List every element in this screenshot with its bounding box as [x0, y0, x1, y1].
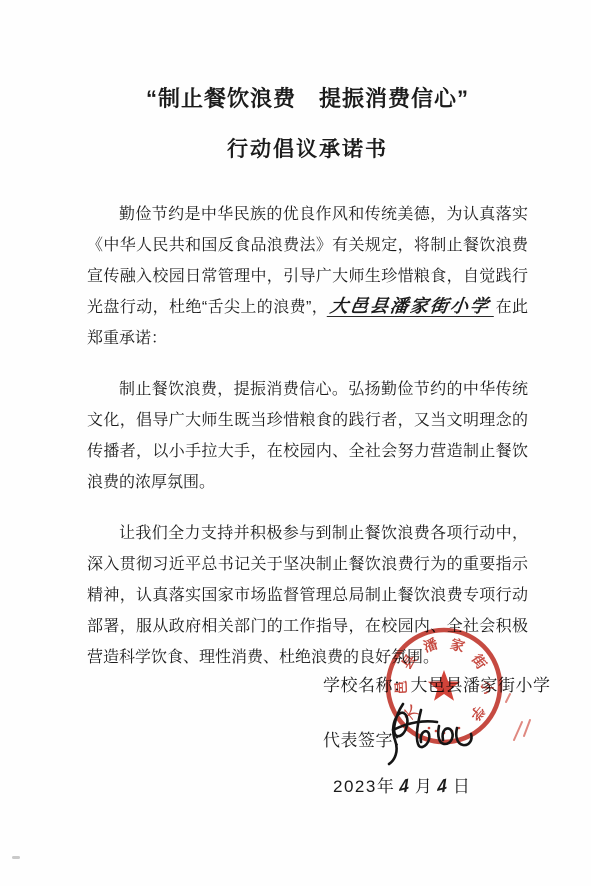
paragraph-1: 勤俭节约是中华民族的优良作风和传统美德，为认真落实《中华人民共和国反食品浪费法》…: [87, 199, 528, 354]
date-month-handwritten: 4: [399, 774, 411, 798]
document-body: 勤俭节约是中华民族的优良作风和传统美德，为认真落实《中华人民共和国反食品浪费法》…: [87, 199, 528, 693]
date-day-unit: 日: [453, 777, 472, 796]
document-title-line2: 行动倡议承诺书: [87, 133, 528, 163]
date-day-handwritten: 4: [437, 774, 449, 798]
svg-text:县: 县: [398, 651, 419, 672]
date-line: 2023年4月4日: [333, 772, 471, 797]
svg-text:家: 家: [448, 635, 466, 655]
scan-speck: [12, 856, 20, 859]
handwritten-school-name: 大邑县潘家街小学: [327, 296, 497, 317]
document-page: “制止餐饮浪费 提振消费信心” 行动倡议承诺书 勤俭节约是中华民族的优良作风和传…: [0, 0, 591, 886]
ink-smudge: [500, 688, 536, 748]
handwritten-signature: [381, 690, 493, 768]
date-month-unit: 月: [415, 777, 434, 796]
date-year-unit: 年: [377, 777, 396, 796]
date-year: 2023: [333, 777, 377, 796]
document-title-line1: “制止餐饮浪费 提振消费信心”: [87, 82, 528, 113]
paragraph-2: 制止餐饮浪费，提振消费信心。弘扬勤俭节约的中华传统文化，倡导广大师生既当珍惜粮食…: [87, 374, 528, 498]
svg-text:街: 街: [469, 651, 490, 672]
svg-text:潘: 潘: [421, 635, 439, 655]
